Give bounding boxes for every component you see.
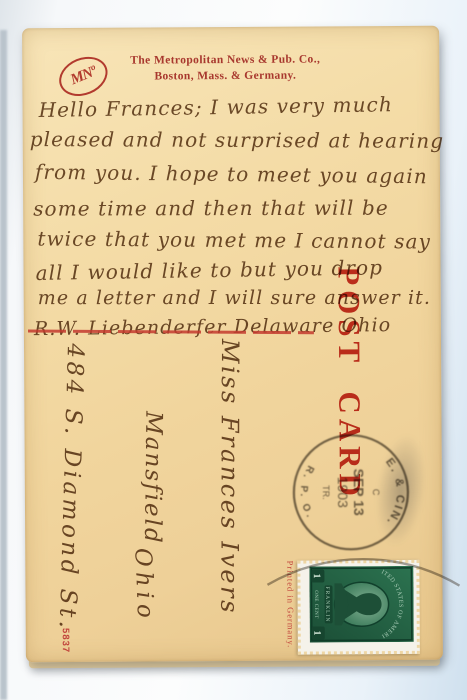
postmark-train: TR.: [321, 485, 331, 500]
publisher-line2: Boston, Mass. & Germany.: [100, 67, 350, 85]
message-line: twice that you met me I cannot say: [37, 226, 431, 253]
plate-number: 5837: [60, 628, 71, 653]
photo-edge: [0, 30, 7, 700]
publisher-imprint: The Metropolitan News & Pub. Co., Boston…: [100, 51, 350, 85]
message-line: Hello Frances; I was very much: [38, 92, 393, 122]
stamp-numeral-right: 1: [311, 630, 322, 635]
address-recipient: Miss Frances Ivers: [215, 339, 244, 615]
address-street: 484 S. Diamond St.: [54, 343, 88, 632]
address-city: Mansfield: [139, 411, 167, 545]
cancel-arc-path: [267, 559, 459, 587]
postmark-date-day: SEP 13: [351, 469, 367, 517]
message-line: pleased and not surprised at hearing: [30, 127, 445, 153]
postmark-rpo: R. P. O.: [298, 463, 317, 521]
message-line: some time and then that will be: [33, 196, 389, 221]
handwritten-message: Hello Frances; I was very much pleased a…: [28, 94, 440, 356]
postmark-date-year: 1903: [335, 477, 351, 508]
cancel-arc-graphic: [263, 524, 464, 615]
postcard-back: MNº The Metropolitan News & Pub. Co., Bo…: [22, 26, 443, 663]
postmark-letter: C: [371, 489, 381, 496]
postcard-photo: MNº The Metropolitan News & Pub. Co., Bo…: [0, 0, 467, 700]
publisher-monogram: MNº: [68, 64, 98, 89]
message-line: me a letter and I will sure answer it.: [38, 287, 431, 309]
message-line: from you. I hope to meet you again: [35, 160, 428, 188]
publisher-line1: The Metropolitan News & Pub. Co.,: [100, 51, 350, 69]
cancel-arc: [263, 524, 464, 615]
address-state: Ohio: [129, 547, 158, 623]
